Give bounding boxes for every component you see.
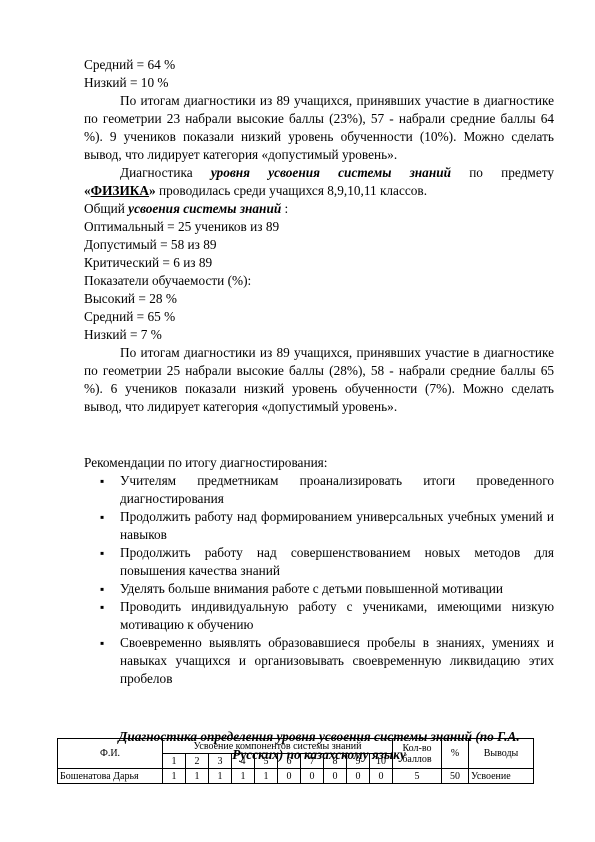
table-row: Бошенатова Дарья 1111100000550Усвоение — [58, 769, 534, 784]
component-number: 5 — [255, 754, 278, 769]
student-conclusion: Усвоение — [469, 769, 534, 784]
student-name: Бошенатова Дарья — [58, 769, 163, 784]
header-components: Усвоение компонентов системы знаний — [163, 739, 393, 754]
component-value: 1 — [232, 769, 255, 784]
component-number: 2 — [186, 754, 209, 769]
recommendation-item: Продолжить работу над совершенствованием… — [120, 544, 554, 580]
diagnostics-table: Ф.И. Усвоение компонентов системы знаний… — [57, 738, 534, 784]
component-number: 10 — [370, 754, 393, 769]
component-number: 7 — [301, 754, 324, 769]
physics-optimal: Оптимальный = 25 учеников из 89 — [84, 218, 554, 236]
subject-name: ФИЗИКА — [91, 183, 149, 198]
physics-acceptable: Допустимый = 58 из 89 — [84, 236, 554, 254]
recommendation-item: Продолжить работу над формированием унив… — [120, 508, 554, 544]
component-value: 0 — [370, 769, 393, 784]
physics-intro-cont: «ФИЗИКА» проводилась среди учащихся 8,9,… — [84, 182, 554, 200]
physics-intro: Диагностика уровня усвоения системы знан… — [84, 164, 554, 182]
physics-general: Общий усвоения системы знаний : — [84, 200, 554, 218]
component-value: 0 — [347, 769, 370, 784]
student-score: 5 — [393, 769, 442, 784]
recommendation-item: Проводить индивидуальную работу с ученик… — [120, 598, 554, 634]
physics-low: Низкий = 7 % — [84, 326, 554, 344]
recommendations-heading: Рекомендации по итогу диагностирования: — [84, 454, 554, 472]
component-value: 1 — [209, 769, 232, 784]
component-number: 6 — [278, 754, 301, 769]
recommendation-item: Своевременно выявлять образовавшиеся про… — [120, 634, 554, 688]
component-value: 0 — [278, 769, 301, 784]
recommendations-list: Учителям предметникам проанализировать и… — [84, 472, 554, 688]
header-score: Кол-во баллов — [393, 739, 442, 769]
header-name: Ф.И. — [58, 739, 163, 769]
component-number: 3 — [209, 754, 232, 769]
geometry-summary: По итогам диагностики из 89 учащихся, пр… — [84, 92, 554, 164]
component-number: 9 — [347, 754, 370, 769]
component-value: 1 — [186, 769, 209, 784]
physics-indicators-label: Показатели обучаемости (%): — [84, 272, 554, 290]
student-percent: 50 — [442, 769, 469, 784]
component-number: 1 — [163, 754, 186, 769]
header-percent: % — [442, 739, 469, 769]
physics-middle: Средний = 65 % — [84, 308, 554, 326]
physics-high: Высокий = 28 % — [84, 290, 554, 308]
component-number: 8 — [324, 754, 347, 769]
recommendation-item: Учителям предметникам проанализировать и… — [120, 472, 554, 508]
physics-summary: По итогам диагностики из 89 учащихся, пр… — [84, 344, 554, 416]
document-page: Средний = 64 % Низкий = 10 % По итогам д… — [84, 56, 554, 764]
component-value: 1 — [255, 769, 278, 784]
component-number: 4 — [232, 754, 255, 769]
component-value: 1 — [163, 769, 186, 784]
physics-critical: Критический = 6 из 89 — [84, 254, 554, 272]
header-conclusions: Выводы — [469, 739, 534, 769]
component-value: 0 — [324, 769, 347, 784]
geometry-low: Низкий = 10 % — [84, 74, 554, 92]
component-value: 0 — [301, 769, 324, 784]
geometry-middle: Средний = 64 % — [84, 56, 554, 74]
recommendation-item: Уделять больше внимания работе с детьми … — [120, 580, 554, 598]
